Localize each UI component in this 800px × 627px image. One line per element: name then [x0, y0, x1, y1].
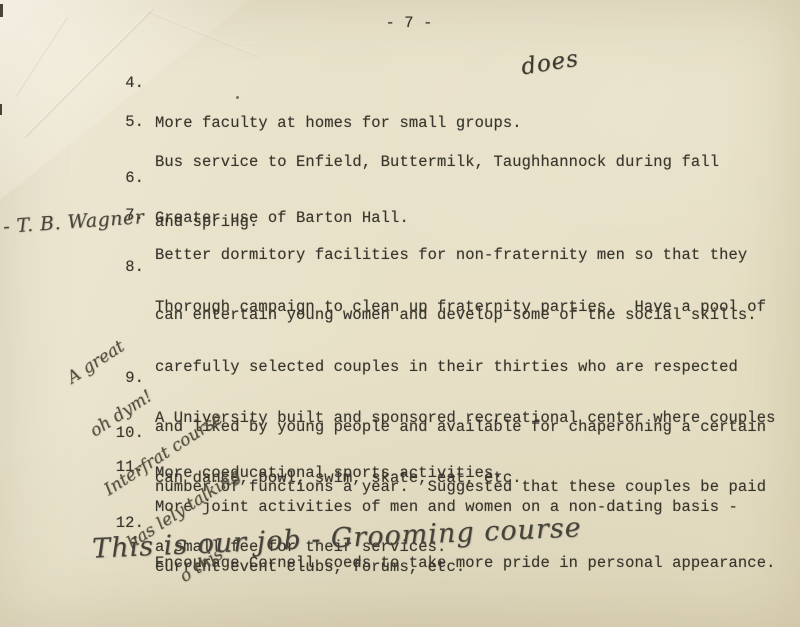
page-number: - 7 - — [0, 13, 800, 33]
margin-note-line: A great — [64, 314, 164, 388]
edge-speck — [0, 104, 2, 115]
typed-line: Thorough campaign to clean up fraternity… — [155, 297, 766, 317]
handwritten-note-item4: does — [519, 46, 580, 81]
document-page: - 7 - 4. More faculty at homes for small… — [0, 0, 800, 627]
margin-note-line: oh dym! — [87, 362, 196, 442]
